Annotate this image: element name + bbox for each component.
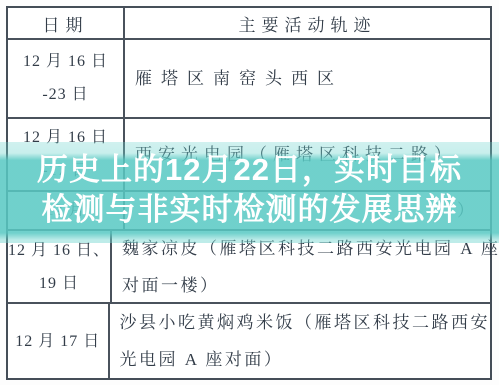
overlay-title-line-2: 检测与非实时检测的发展思辨 — [0, 190, 499, 230]
header-date: 日期 — [8, 8, 125, 38]
table-row: 12 月 17 日 沙县小吃黄焖鸡米饭（雁塔区科技二路西安 光电园 A 座对面） — [8, 302, 490, 378]
document-page: 日期 主要活动轨迹 12 月 16 日 -23 日 雁塔区南窑头西区 12 月 … — [0, 0, 499, 385]
date-line: 19 日 — [39, 267, 79, 300]
date-line: 12 月 17 日 — [15, 325, 100, 358]
date-cell: 12 月 16 日 -23 日 — [8, 40, 125, 116]
date-cell: 12 月 17 日 — [8, 304, 110, 378]
title-overlay-banner: 历史上的12月22日，实时目标 检测与非实时检测的发展思辨 — [0, 142, 499, 243]
track-cell: 沙县小吃黄焖鸡米饭（雁塔区科技二路西安 光电园 A 座对面） — [110, 304, 491, 378]
date-line: 12 月 16 日 — [23, 45, 108, 78]
table-row: 12 月 16 日 -23 日 雁塔区南窑头西区 — [8, 38, 490, 116]
table-header-row: 日期 主要活动轨迹 — [8, 8, 490, 38]
track-line: 对面一楼） — [122, 267, 499, 304]
track-line: 光电园 A 座对面） — [120, 341, 491, 378]
overlay-title-line-1: 历史上的12月22日，实时目标 — [0, 150, 499, 190]
track-line: 沙县小吃黄焖鸡米饭（雁塔区科技二路西安 — [120, 304, 491, 341]
track-line: 雁塔区南窑头西区 — [135, 60, 490, 97]
date-line: -23 日 — [42, 78, 88, 111]
header-track: 主要活动轨迹 — [125, 8, 490, 38]
track-cell: 雁塔区南窑头西区 — [125, 40, 490, 116]
